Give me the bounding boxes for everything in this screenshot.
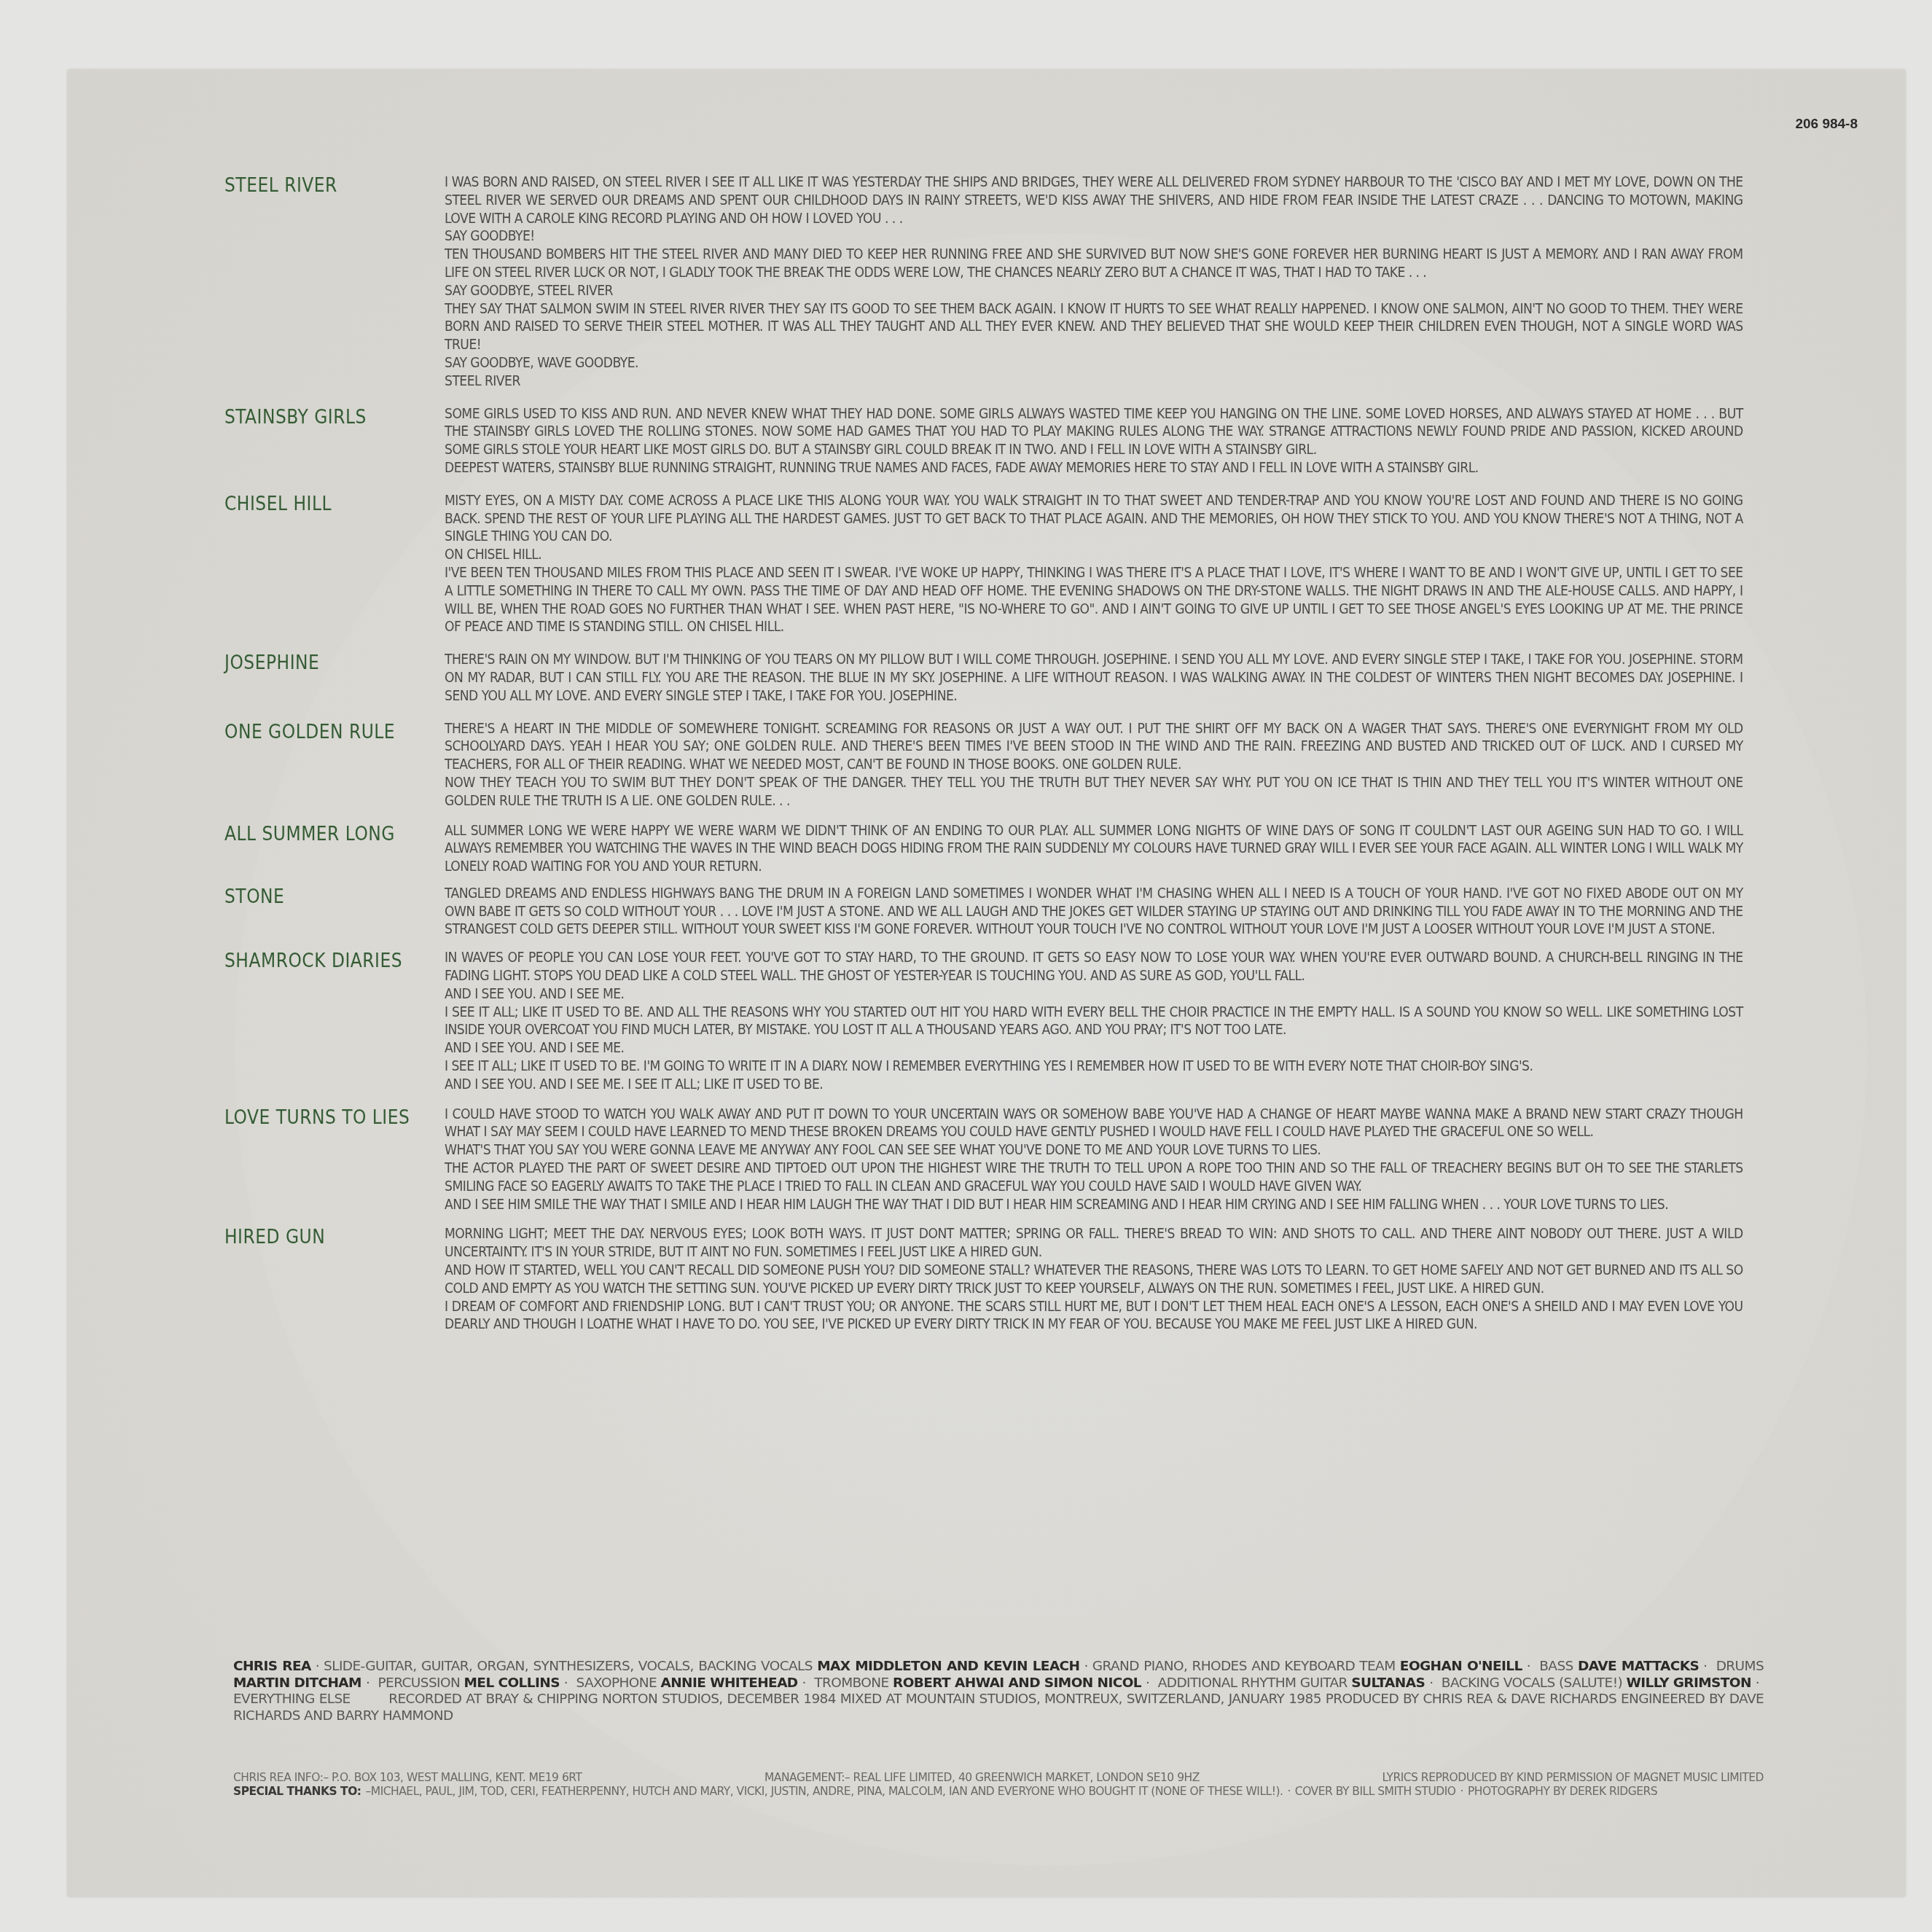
song-title: ONE GOLDEN RULE bbox=[224, 720, 445, 743]
song-chisel-hill: CHISEL HILLMISTY EYES, ON A MISTY DAY. C… bbox=[224, 492, 1769, 636]
lyric-paragraph: THEY SAY THAT SALMON SWIM IN STEEL RIVER… bbox=[445, 300, 1743, 354]
lyric-paragraph: AND I SEE YOU. AND I SEE ME. bbox=[445, 1039, 1743, 1057]
lyric-paragraph: MISTY EYES, ON A MISTY DAY. COME ACROSS … bbox=[445, 492, 1743, 546]
lyric-paragraph: AND HOW IT STARTED, WELL YOU CAN'T RECAL… bbox=[445, 1262, 1743, 1298]
lyric-paragraph: I WAS BORN AND RAISED, ON STEEL RIVER I … bbox=[445, 173, 1743, 227]
song-lyrics: TANGLED DREAMS AND ENDLESS HIGHWAYS BANG… bbox=[445, 885, 1743, 939]
song-lyrics: MORNING LIGHT; MEET THE DAY. NERVOUS EYE… bbox=[445, 1225, 1743, 1334]
lyric-paragraph: I SEE IT ALL; LIKE IT USED TO BE. AND AL… bbox=[445, 1004, 1743, 1040]
lyric-paragraph: I COULD HAVE STOOD TO WATCH YOU WALK AWA… bbox=[445, 1106, 1743, 1142]
lyrics-list: STEEL RIVERI WAS BORN AND RAISED, ON STE… bbox=[224, 162, 1769, 1334]
lyric-paragraph: I SEE IT ALL; LIKE IT USED TO BE. I'M GO… bbox=[445, 1057, 1743, 1076]
lyric-paragraph: SAY GOODBYE! bbox=[445, 227, 1743, 246]
song-shamrock-diaries: SHAMROCK DIARIESIN WAVES OF PEOPLE YOU C… bbox=[224, 949, 1769, 1093]
song-lyrics: THERE'S A HEART IN THE MIDDLE OF SOMEWHE… bbox=[445, 720, 1743, 810]
special-thanks-label: SPECIAL THANKS TO: bbox=[233, 1785, 361, 1799]
song-title: CHISEL HILL bbox=[224, 492, 445, 515]
song-lyrics: THERE'S RAIN ON MY WINDOW. BUT I'M THINK… bbox=[445, 651, 1743, 705]
song-all-summer-long: ALL SUMMER LONGALL SUMMER LONG WE WERE H… bbox=[224, 822, 1769, 876]
credits-block: CHRIS REA·SLIDE-GUITAR, GUITAR, ORGAN, S… bbox=[233, 1659, 1764, 1724]
credit-trombone: TROMBONE ROBERT AHWAI AND SIMON NICOL· bbox=[814, 1675, 1154, 1691]
special-thanks: –MICHAEL, PAUL, JIM, TOD, CERI, FEATHERP… bbox=[366, 1785, 1283, 1799]
lyric-paragraph: THERE'S RAIN ON MY WINDOW. BUT I'M THINK… bbox=[445, 651, 1743, 705]
song-lyrics: I WAS BORN AND RAISED, ON STEEL RIVER I … bbox=[445, 173, 1743, 391]
lyric-paragraph: STEEL RIVER bbox=[445, 372, 1743, 391]
lyric-paragraph: I DREAM OF COMFORT AND FRIENDSHIP LONG. … bbox=[445, 1298, 1743, 1334]
lyric-paragraph: AND I SEE HIM SMILE THE WAY THAT I SMILE… bbox=[445, 1196, 1743, 1214]
song-title: STONE bbox=[224, 885, 445, 908]
lyric-paragraph: I'VE BEEN TEN THOUSAND MILES FROM THIS P… bbox=[445, 564, 1743, 636]
credit-chris-rea: CHRIS REA·SLIDE-GUITAR, GUITAR, ORGAN, S… bbox=[233, 1659, 813, 1674]
song-one-golden-rule: ONE GOLDEN RULETHERE'S A HEART IN THE MI… bbox=[224, 720, 1769, 810]
credit-percussion: PERCUSSION MEL COLLINS· bbox=[378, 1675, 573, 1691]
lyric-paragraph: ALL SUMMER LONG WE WERE HAPPY WE WERE WA… bbox=[445, 822, 1743, 876]
credit-bass: BASS DAVE MATTACKS· bbox=[1539, 1659, 1711, 1674]
song-title: SHAMROCK DIARIES bbox=[224, 949, 445, 972]
fan-info-address: CHRIS REA INFO:– P.O. BOX 103, WEST MALL… bbox=[233, 1771, 582, 1785]
management-info: MANAGEMENT:– REAL LIFE LIMITED, 40 GREEN… bbox=[764, 1771, 1200, 1785]
song-title: STAINSBY GIRLS bbox=[224, 405, 445, 429]
lyric-paragraph: AND I SEE YOU. AND I SEE ME. bbox=[445, 985, 1743, 1004]
song-stainsby-girls: STAINSBY GIRLSSOME GIRLS USED TO KISS AN… bbox=[224, 405, 1769, 477]
lyric-paragraph: ON CHISEL HILL. bbox=[445, 546, 1743, 564]
cover-credit: COVER BY BILL SMITH STUDIO bbox=[1295, 1785, 1456, 1799]
song-lyrics: I COULD HAVE STOOD TO WATCH YOU WALK AWA… bbox=[445, 1106, 1743, 1214]
lyric-paragraph: WHAT'S THAT YOU SAY YOU WERE GONNA LEAVE… bbox=[445, 1141, 1743, 1159]
song-lyrics: ALL SUMMER LONG WE WERE HAPPY WE WERE WA… bbox=[445, 822, 1743, 876]
lyric-paragraph: AND I SEE YOU. AND I SEE ME. I SEE IT AL… bbox=[445, 1076, 1743, 1094]
catalog-number: 206 984-8 bbox=[1795, 117, 1858, 133]
lyric-paragraph: SOME GIRLS USED TO KISS AND RUN. AND NEV… bbox=[445, 405, 1743, 459]
song-lyrics: IN WAVES OF PEOPLE YOU CAN LOSE YOUR FEE… bbox=[445, 949, 1743, 1093]
lyric-paragraph: SAY GOODBYE, WAVE GOODBYE. bbox=[445, 354, 1743, 372]
lyric-paragraph: SAY GOODBYE, STEEL RIVER bbox=[445, 282, 1743, 300]
credit-keyboards: MAX MIDDLETON AND KEVIN LEACH·GRAND PIAN… bbox=[817, 1659, 1535, 1674]
song-lyrics: MISTY EYES, ON A MISTY DAY. COME ACROSS … bbox=[445, 492, 1743, 636]
song-steel-river: STEEL RIVERI WAS BORN AND RAISED, ON STE… bbox=[224, 173, 1769, 391]
credit-rhythm-guitar: ADDITIONAL RHYTHM GUITAR SULTANAS· bbox=[1158, 1675, 1438, 1691]
lyric-paragraph: DEEPEST WATERS, STAINSBY BLUE RUNNING ST… bbox=[445, 459, 1743, 477]
song-title: JOSEPHINE bbox=[224, 651, 445, 674]
lyric-paragraph: TANGLED DREAMS AND ENDLESS HIGHWAYS BANG… bbox=[445, 885, 1743, 939]
lyrics-permission: LYRICS REPRODUCED BY KIND PERMISSION OF … bbox=[1382, 1771, 1764, 1785]
lyric-paragraph: MORNING LIGHT; MEET THE DAY. NERVOUS EYE… bbox=[445, 1225, 1743, 1262]
song-josephine: JOSEPHINETHERE'S RAIN ON MY WINDOW. BUT … bbox=[224, 651, 1769, 705]
recording-info: RECORDED AT BRAY & CHIPPING NORTON STUDI… bbox=[233, 1692, 1764, 1724]
credit-backing-vocals: BACKING VOCALS (SALUTE!) WILLY GRIMSTON· bbox=[1442, 1675, 1764, 1691]
song-lyrics: SOME GIRLS USED TO KISS AND RUN. AND NEV… bbox=[445, 405, 1743, 477]
photography-credit: PHOTOGRAPHY BY DEREK RIDGERS bbox=[1468, 1785, 1657, 1799]
song-title: STEEL RIVER bbox=[224, 173, 445, 197]
song-stone: STONETANGLED DREAMS AND ENDLESS HIGHWAYS… bbox=[224, 885, 1769, 939]
credit-everything-else: EVERYTHING ELSE bbox=[233, 1692, 384, 1707]
lyric-paragraph: THERE'S A HEART IN THE MIDDLE OF SOMEWHE… bbox=[445, 720, 1743, 774]
song-hired-gun: HIRED GUNMORNING LIGHT; MEET THE DAY. NE… bbox=[224, 1225, 1769, 1334]
lyric-paragraph: NOW THEY TEACH YOU TO SWIM BUT THEY DON'… bbox=[445, 774, 1743, 810]
lyric-paragraph: TEN THOUSAND BOMBERS HIT THE STEEL RIVER… bbox=[445, 246, 1743, 282]
song-love-turns-to-lies: LOVE TURNS TO LIESI COULD HAVE STOOD TO … bbox=[224, 1106, 1769, 1214]
credit-saxophone: SAXOPHONE ANNIE WHITEHEAD· bbox=[576, 1675, 810, 1691]
lyric-paragraph: THE ACTOR PLAYED THE PART OF SWEET DESIR… bbox=[445, 1159, 1743, 1196]
song-title: ALL SUMMER LONG bbox=[224, 822, 445, 845]
lyric-paragraph: IN WAVES OF PEOPLE YOU CAN LOSE YOUR FEE… bbox=[445, 949, 1743, 985]
fine-print: CHRIS REA INFO:– P.O. BOX 103, WEST MALL… bbox=[233, 1771, 1764, 1798]
song-title: LOVE TURNS TO LIES bbox=[224, 1106, 445, 1129]
song-title: HIRED GUN bbox=[224, 1225, 445, 1248]
